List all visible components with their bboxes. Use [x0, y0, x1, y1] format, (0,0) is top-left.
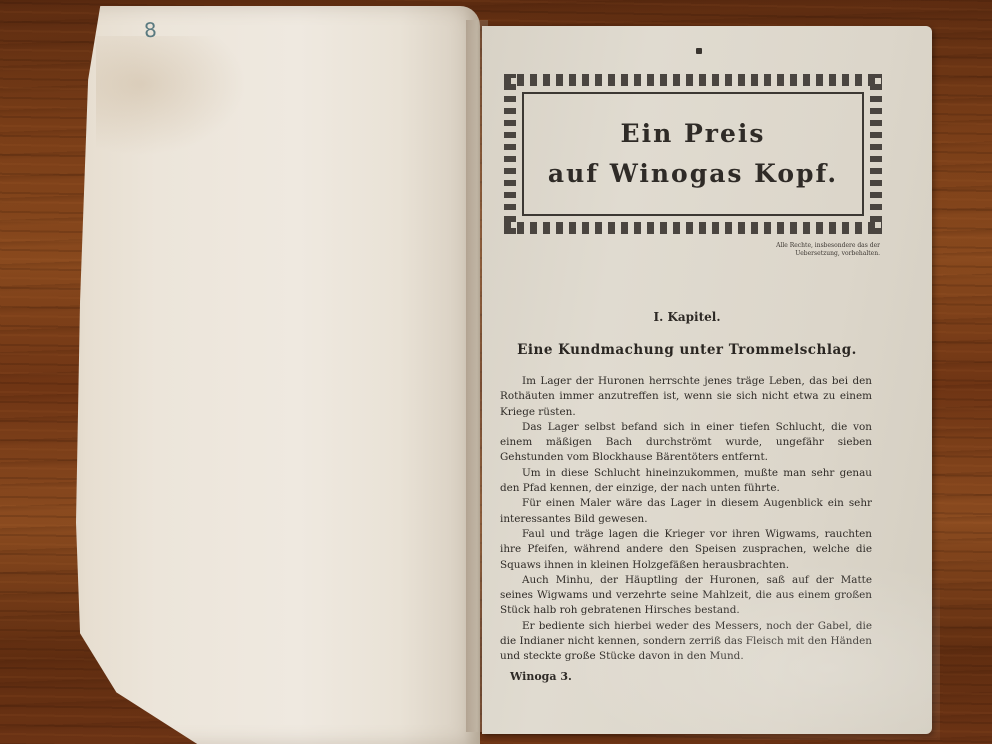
chapter-title: Eine Kundmachung unter Trommelschlag.	[482, 342, 892, 358]
left-page-blank: 8	[76, 6, 480, 744]
paragraph: Um in diese Schlucht hineinzukommen, muß…	[500, 466, 872, 497]
paper-stain	[96, 36, 246, 156]
handwritten-page-mark: 8	[143, 18, 157, 43]
title-line-2: auf Winogas Kopf.	[548, 154, 838, 194]
paragraph: Für einen Maler wäre das Lager in diesem…	[500, 496, 872, 527]
signature-mark: Winoga 3.	[510, 670, 572, 683]
paragraph: Er bediente sich hierbei weder des Messe…	[500, 619, 872, 665]
paragraph: Faul und träge lagen die Krieger vor ihr…	[500, 527, 872, 573]
paragraph: Das Lager selbst befand sich in einer ti…	[500, 420, 872, 466]
chapter-body: Im Lager der Huronen herrschte jenes trä…	[500, 374, 872, 665]
ornamental-title-border: Ein Preis auf Winogas Kopf.	[504, 74, 882, 234]
paragraph: Auch Minhu, der Häuptling der Huronen, s…	[500, 573, 872, 619]
paragraph: Im Lager der Huronen herrschte jenes trä…	[500, 374, 872, 420]
rights-reserved-note: Alle Rechte, insbesondere das der Uebers…	[750, 242, 880, 258]
chapter-number: I. Kapitel.	[482, 310, 892, 324]
title-box: Ein Preis auf Winogas Kopf.	[522, 92, 864, 216]
ink-dot	[696, 48, 702, 54]
right-page: Ein Preis auf Winogas Kopf. Alle Rechte,…	[482, 26, 932, 734]
title-line-1: Ein Preis	[621, 114, 766, 154]
